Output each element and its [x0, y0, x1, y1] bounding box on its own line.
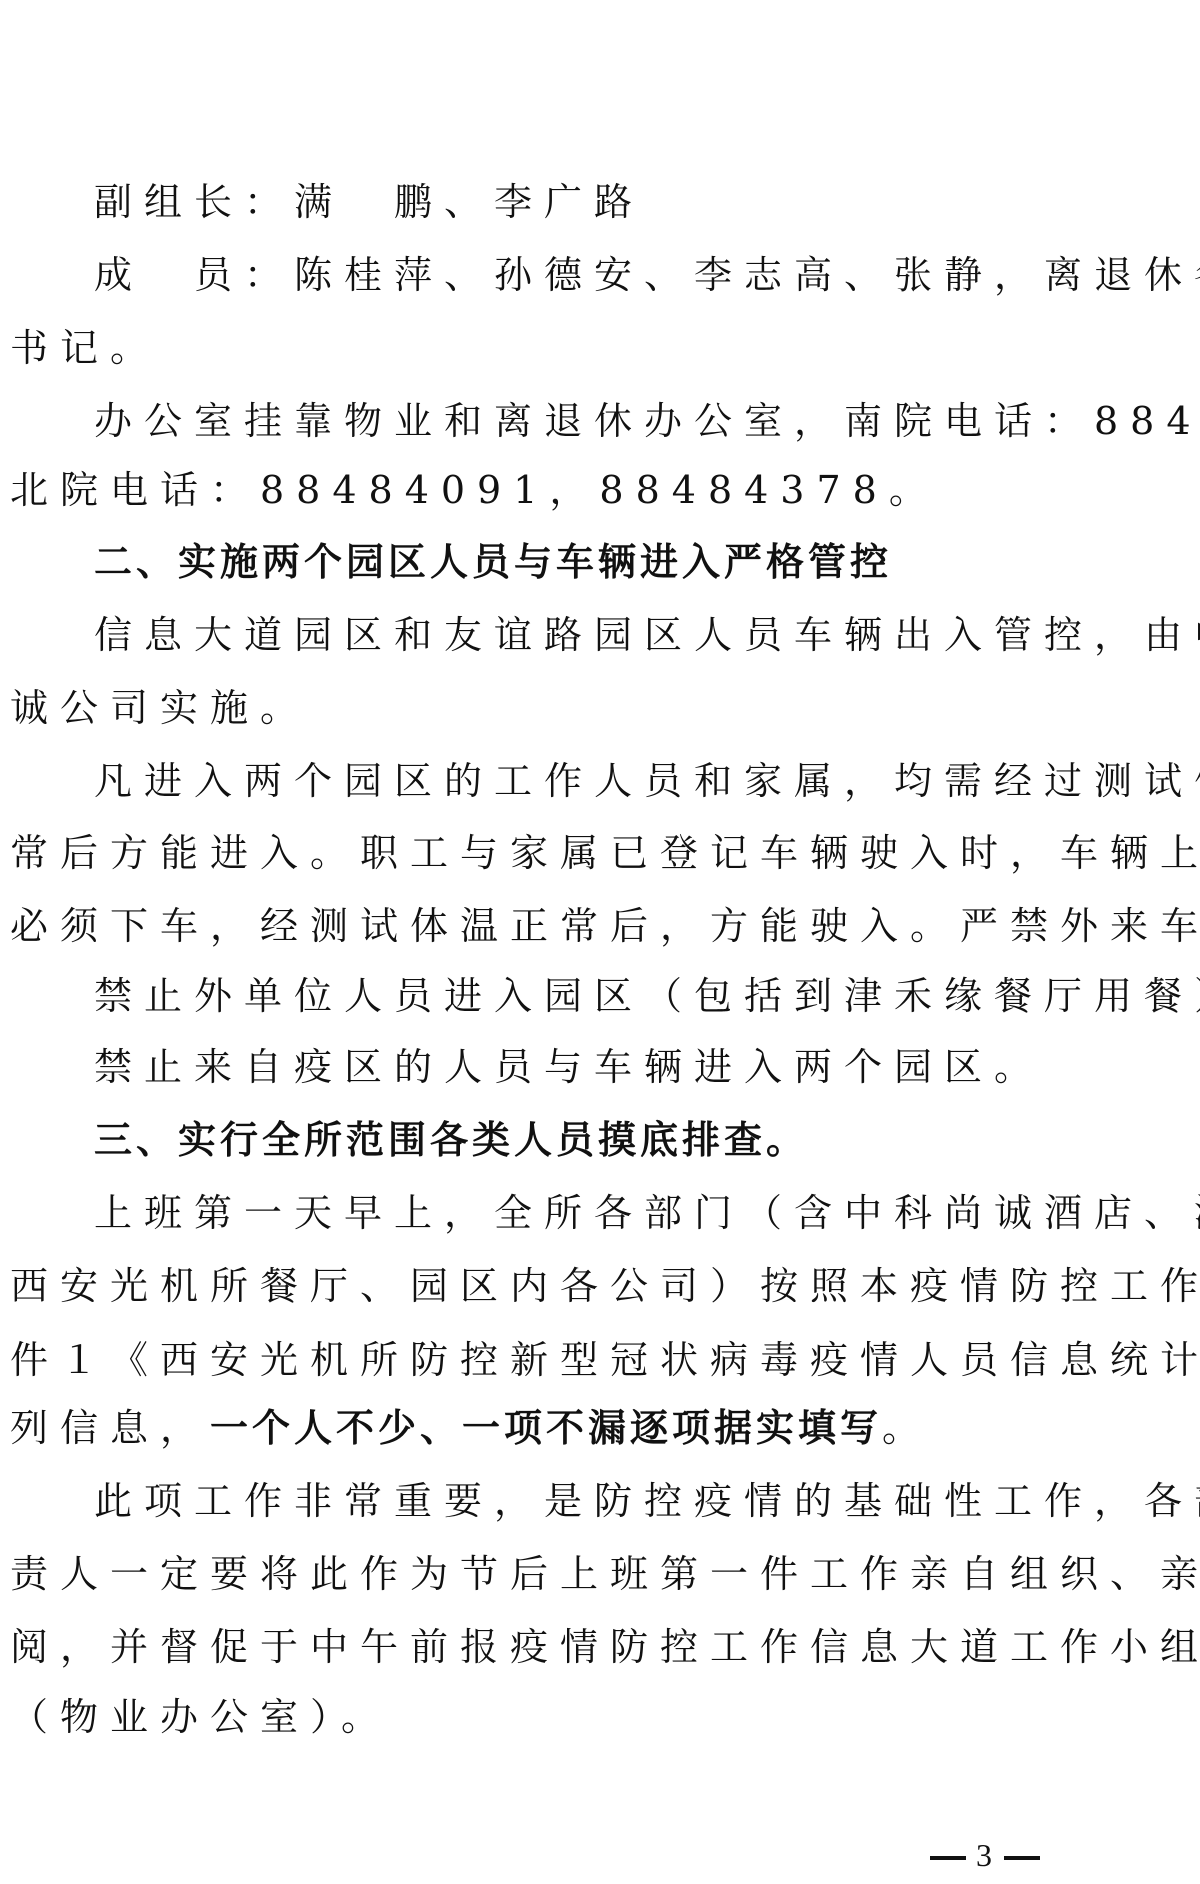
- dash-right: [1004, 1856, 1040, 1860]
- dash-left: [930, 1856, 966, 1860]
- plain-text-end: 。: [882, 1406, 932, 1450]
- north-phone-line: 北院电话：88484091，88484378。: [10, 465, 1130, 515]
- section-heading-2: 二、实施两个园区人员与车辆进入严格管控: [94, 537, 1130, 587]
- document-page: 副组长：满 鹏、李广路 成 员：陈桂萍、孙德安、李志高、张静，离退休各支部 书记…: [0, 0, 1200, 1884]
- paragraph-line: 信息大道园区和友谊路园区人员车辆出入管控，由中科尚: [94, 610, 1130, 660]
- page-number: 3: [930, 1835, 1040, 1875]
- paragraph-line: 必须下车，经测试体温正常后，方能驶入。严禁外来车辆驶入。: [10, 901, 1130, 951]
- paragraph-line-with-emphasis: 列信息，一个人不少、一项不漏逐项据实填写。: [10, 1403, 1130, 1453]
- paragraph-line: 此项工作非常重要，是防控疫情的基础性工作，各部门负: [94, 1476, 1130, 1526]
- paragraph-line: 诚公司实施。: [10, 683, 1130, 733]
- paragraph-line: 凡进入两个园区的工作人员和家属，均需经过测试体温正: [94, 756, 1130, 806]
- office-phone-line: 办公室挂靠物业和离退休办公室，南院电话：88482808；: [94, 396, 1130, 446]
- plain-text: 列信息，: [10, 1406, 210, 1450]
- paragraph-line: 西安光机所餐厅、园区内各公司）按照本疫情防控工作方案附: [10, 1261, 1130, 1311]
- paragraph-line: 阅，并督促于中午前报疫情防控工作信息大道工作小组办公室: [10, 1622, 1130, 1672]
- emphasized-text: 一个人不少、一项不漏逐项据实填写: [210, 1406, 882, 1450]
- section-heading-3: 三、实行全所范围各类人员摸底排查。: [94, 1115, 1130, 1165]
- paragraph-line: （物业办公室）。: [10, 1692, 1130, 1742]
- paragraph-line: 责人一定要将此作为节后上班第一件工作亲自组织、亲自审: [10, 1549, 1130, 1599]
- page-number-value: 3: [976, 1835, 992, 1875]
- paragraph-line: 件１《西安光机所防控新型冠状病毒疫情人员信息统计表》所: [10, 1335, 1130, 1385]
- members-line-continued: 书记。: [10, 323, 1130, 373]
- paragraph-line: 常后方能进入。职工与家属已登记车辆驶入时，车辆上的人员: [10, 828, 1130, 878]
- paragraph-line: 禁止来自疫区的人员与车辆进入两个园区。: [94, 1042, 1130, 1092]
- paragraph-line: 禁止外单位人员进入园区（包括到津禾缘餐厅用餐）。: [94, 971, 1130, 1021]
- members-line: 成 员：陈桂萍、孙德安、李志高、张静，离退休各支部: [94, 250, 1130, 300]
- deputy-leader-line: 副组长：满 鹏、李广路: [94, 177, 1130, 227]
- paragraph-line: 上班第一天早上，全所各部门（含中科尚诚酒店、津禾缘: [94, 1188, 1130, 1238]
